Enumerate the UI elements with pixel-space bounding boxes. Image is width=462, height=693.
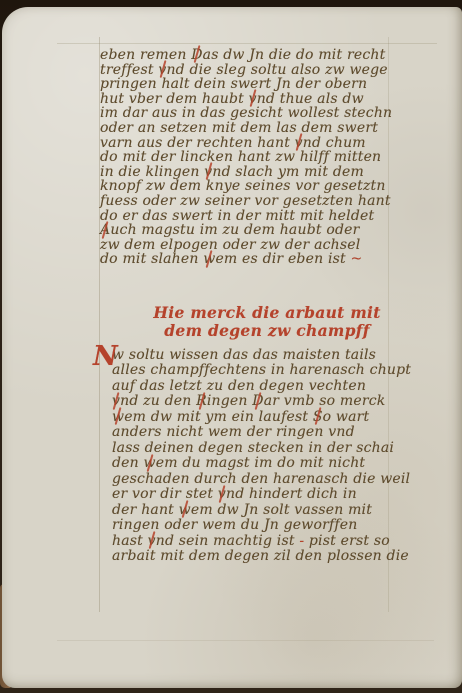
text-segment: oder an setzen mit dem las dem swert <box>100 120 378 136</box>
text-segment: D <box>252 393 263 409</box>
paragraph-2-lines: w soltu wissen das das maisten tailsalle… <box>112 348 434 565</box>
text-segment: ringen oder wem du Jn geworffen <box>112 517 357 533</box>
text-segment: v <box>295 135 303 151</box>
text-segment: nd chum <box>303 135 366 151</box>
text-segment: im dar aus in das gesicht wollest stechn <box>100 105 392 121</box>
manuscript-line: hast vnd sein machtig ist - pist erst so <box>112 534 434 550</box>
text-segment: den <box>112 455 144 471</box>
manuscript-line: er vor dir stet vnd hindert dich in <box>112 487 434 503</box>
manuscript-line: arbait mit dem degen zil den plossen die <box>112 549 434 565</box>
text-segment: em es dir eben ist <box>215 251 350 267</box>
manuscript-page: eben remen Das dw Jn die do mit rechttre… <box>2 7 462 688</box>
text-segment: treffest <box>100 62 158 78</box>
text-column: eben remen Das dw Jn die do mit rechttre… <box>100 48 434 565</box>
manuscript-line: auf das letzt zu den degen vechten <box>112 379 434 395</box>
text-segment: w soltu wissen das das maisten tails <box>112 347 376 363</box>
manuscript-line: lass deinen degen stecken in der schai <box>112 441 434 457</box>
text-segment: hast <box>112 533 148 549</box>
text-segment: zw dem elpogen oder zw der achsel <box>100 237 360 253</box>
text-segment: v <box>148 533 156 549</box>
manuscript-line: wem dw mit ym ein laufest So wart <box>112 410 434 426</box>
text-segment: do er das swert in der mitt mit heldet <box>100 208 374 224</box>
text-segment: D <box>191 47 202 63</box>
text-segment: nd die sleg soltu also zw wege <box>166 62 387 78</box>
text-segment: nd thue als dw <box>257 91 364 107</box>
manuscript-line: eben remen Das dw Jn die do mit recht <box>100 48 434 63</box>
text-segment: em du magst im do mit nicht <box>156 455 366 471</box>
rubric-heading-line: dem degen zw champff <box>100 322 434 341</box>
text-segment: geschaden durch den harenasch die weil <box>112 471 410 487</box>
manuscript-line: in die klingen vnd slach ym mit dem <box>100 165 434 180</box>
text-segment: v <box>249 91 257 107</box>
manuscript-line: geschaden durch den harenasch die weil <box>112 472 434 488</box>
text-segment: alles champffechtens in harenasch chupt <box>112 362 411 378</box>
text-segment: v <box>218 486 226 502</box>
manuscript-line: do mit slahen wem es dir eben ist ~ <box>100 252 434 267</box>
text-segment: ar vmb so merck <box>264 393 386 409</box>
manuscript-line: alles champffechtens in harenasch chupt <box>112 363 434 379</box>
photo-background: eben remen Das dw Jn die do mit rechttre… <box>0 0 462 693</box>
text-segment: anders nicht wem der ringen vnd <box>112 424 355 440</box>
text-segment: knopf zw dem knye seines vor gesetztn <box>100 178 386 194</box>
manuscript-line: ringen oder wem du Jn geworffen <box>112 518 434 534</box>
text-segment: em dw mit ym ein laufest <box>124 409 313 425</box>
text-segment: do mit slahen <box>100 251 203 267</box>
initial-letter: N <box>93 343 118 370</box>
top-ruling <box>57 43 437 44</box>
text-segment: A <box>100 222 110 238</box>
manuscript-line: pringen halt dein swert Jn der obern <box>100 77 434 92</box>
text-segment: o wart <box>323 409 370 425</box>
text-segment: pringen halt dein swert Jn der obern <box>100 76 367 92</box>
manuscript-line: hut vber dem haubt vnd thue als dw <box>100 92 434 107</box>
manuscript-line: do mit der lincken hant zw hilff mitten <box>100 150 434 165</box>
manuscript-line: zw dem elpogen oder zw der achsel <box>100 238 434 253</box>
text-segment: fuess oder zw seiner vor gesetzten hant <box>100 193 391 209</box>
text-segment: w <box>179 502 191 518</box>
text-segment: em dw Jn solt vassen mit <box>191 502 372 518</box>
rubric-heading-line: Hie merck die arbaut mit <box>100 304 434 323</box>
text-segment: v <box>204 164 212 180</box>
text-segment: nd slach ym mit dem <box>212 164 364 180</box>
manuscript-line: varn aus der rechten hant vnd chum <box>100 136 434 151</box>
text-segment: auf das letzt zu den degen vechten <box>112 378 366 394</box>
manuscript-line: im dar aus in das gesicht wollest stechn <box>100 106 434 121</box>
manuscript-line: vnd zu den Ringen Dar vmb so merck <box>112 394 434 410</box>
rubric-mark: ~ <box>351 251 363 267</box>
manuscript-line: w soltu wissen das das maisten tails <box>112 348 434 364</box>
text-segment: arbait mit dem degen zil den plossen die <box>112 548 409 564</box>
text-segment: ingen <box>207 393 252 409</box>
text-segment: er vor dir stet <box>112 486 218 502</box>
rubric-heading: Hie merck die arbaut mitdem degen zw cha… <box>100 304 434 341</box>
text-segment: eben remen <box>100 47 191 63</box>
manuscript-line: oder an setzen mit dem las dem swert <box>100 121 434 136</box>
text-segment: hut vber dem haubt <box>100 91 249 107</box>
text-segment: w <box>203 251 215 267</box>
text-segment: R <box>196 393 207 409</box>
text-segment: der hant <box>112 502 179 518</box>
manuscript-line: Auch magstu im zu dem haubt oder <box>100 223 434 238</box>
paragraph-1: eben remen Das dw Jn die do mit rechttre… <box>100 48 434 267</box>
text-segment: v <box>158 62 166 78</box>
text-segment: do mit der lincken hant zw hilff mitten <box>100 149 381 165</box>
text-segment: S <box>313 409 323 425</box>
paragraph-2: N w soltu wissen das das maisten tailsal… <box>100 348 434 565</box>
manuscript-line: treffest vnd die sleg soltu also zw wege <box>100 63 434 78</box>
text-segment: varn aus der rechten hant <box>100 135 295 151</box>
bottom-ruling <box>57 640 434 641</box>
text-segment: lass deinen degen stecken in der schai <box>112 440 394 456</box>
manuscript-line: fuess oder zw seiner vor gesetzten hant <box>100 194 434 209</box>
text-segment: nd sein machtig ist <box>156 533 300 549</box>
manuscript-line: anders nicht wem der ringen vnd <box>112 425 434 441</box>
text-segment: uch magstu im zu dem haubt oder <box>110 222 359 238</box>
manuscript-line: der hant wem dw Jn solt vassen mit <box>112 503 434 519</box>
manuscript-line: den wem du magst im do mit nicht <box>112 456 434 472</box>
text-segment: nd hindert dich in <box>226 486 357 502</box>
manuscript-line: do er das swert in der mitt mit heldet <box>100 209 434 224</box>
text-segment: in die klingen <box>100 164 204 180</box>
text-segment: nd zu den <box>120 393 196 409</box>
text-segment: w <box>144 455 156 471</box>
text-segment: as dw Jn die do mit recht <box>203 47 386 63</box>
manuscript-line: knopf zw dem knye seines vor gesetztn <box>100 179 434 194</box>
text-segment: pist erst so <box>304 533 390 549</box>
text-segment: w <box>112 409 124 425</box>
